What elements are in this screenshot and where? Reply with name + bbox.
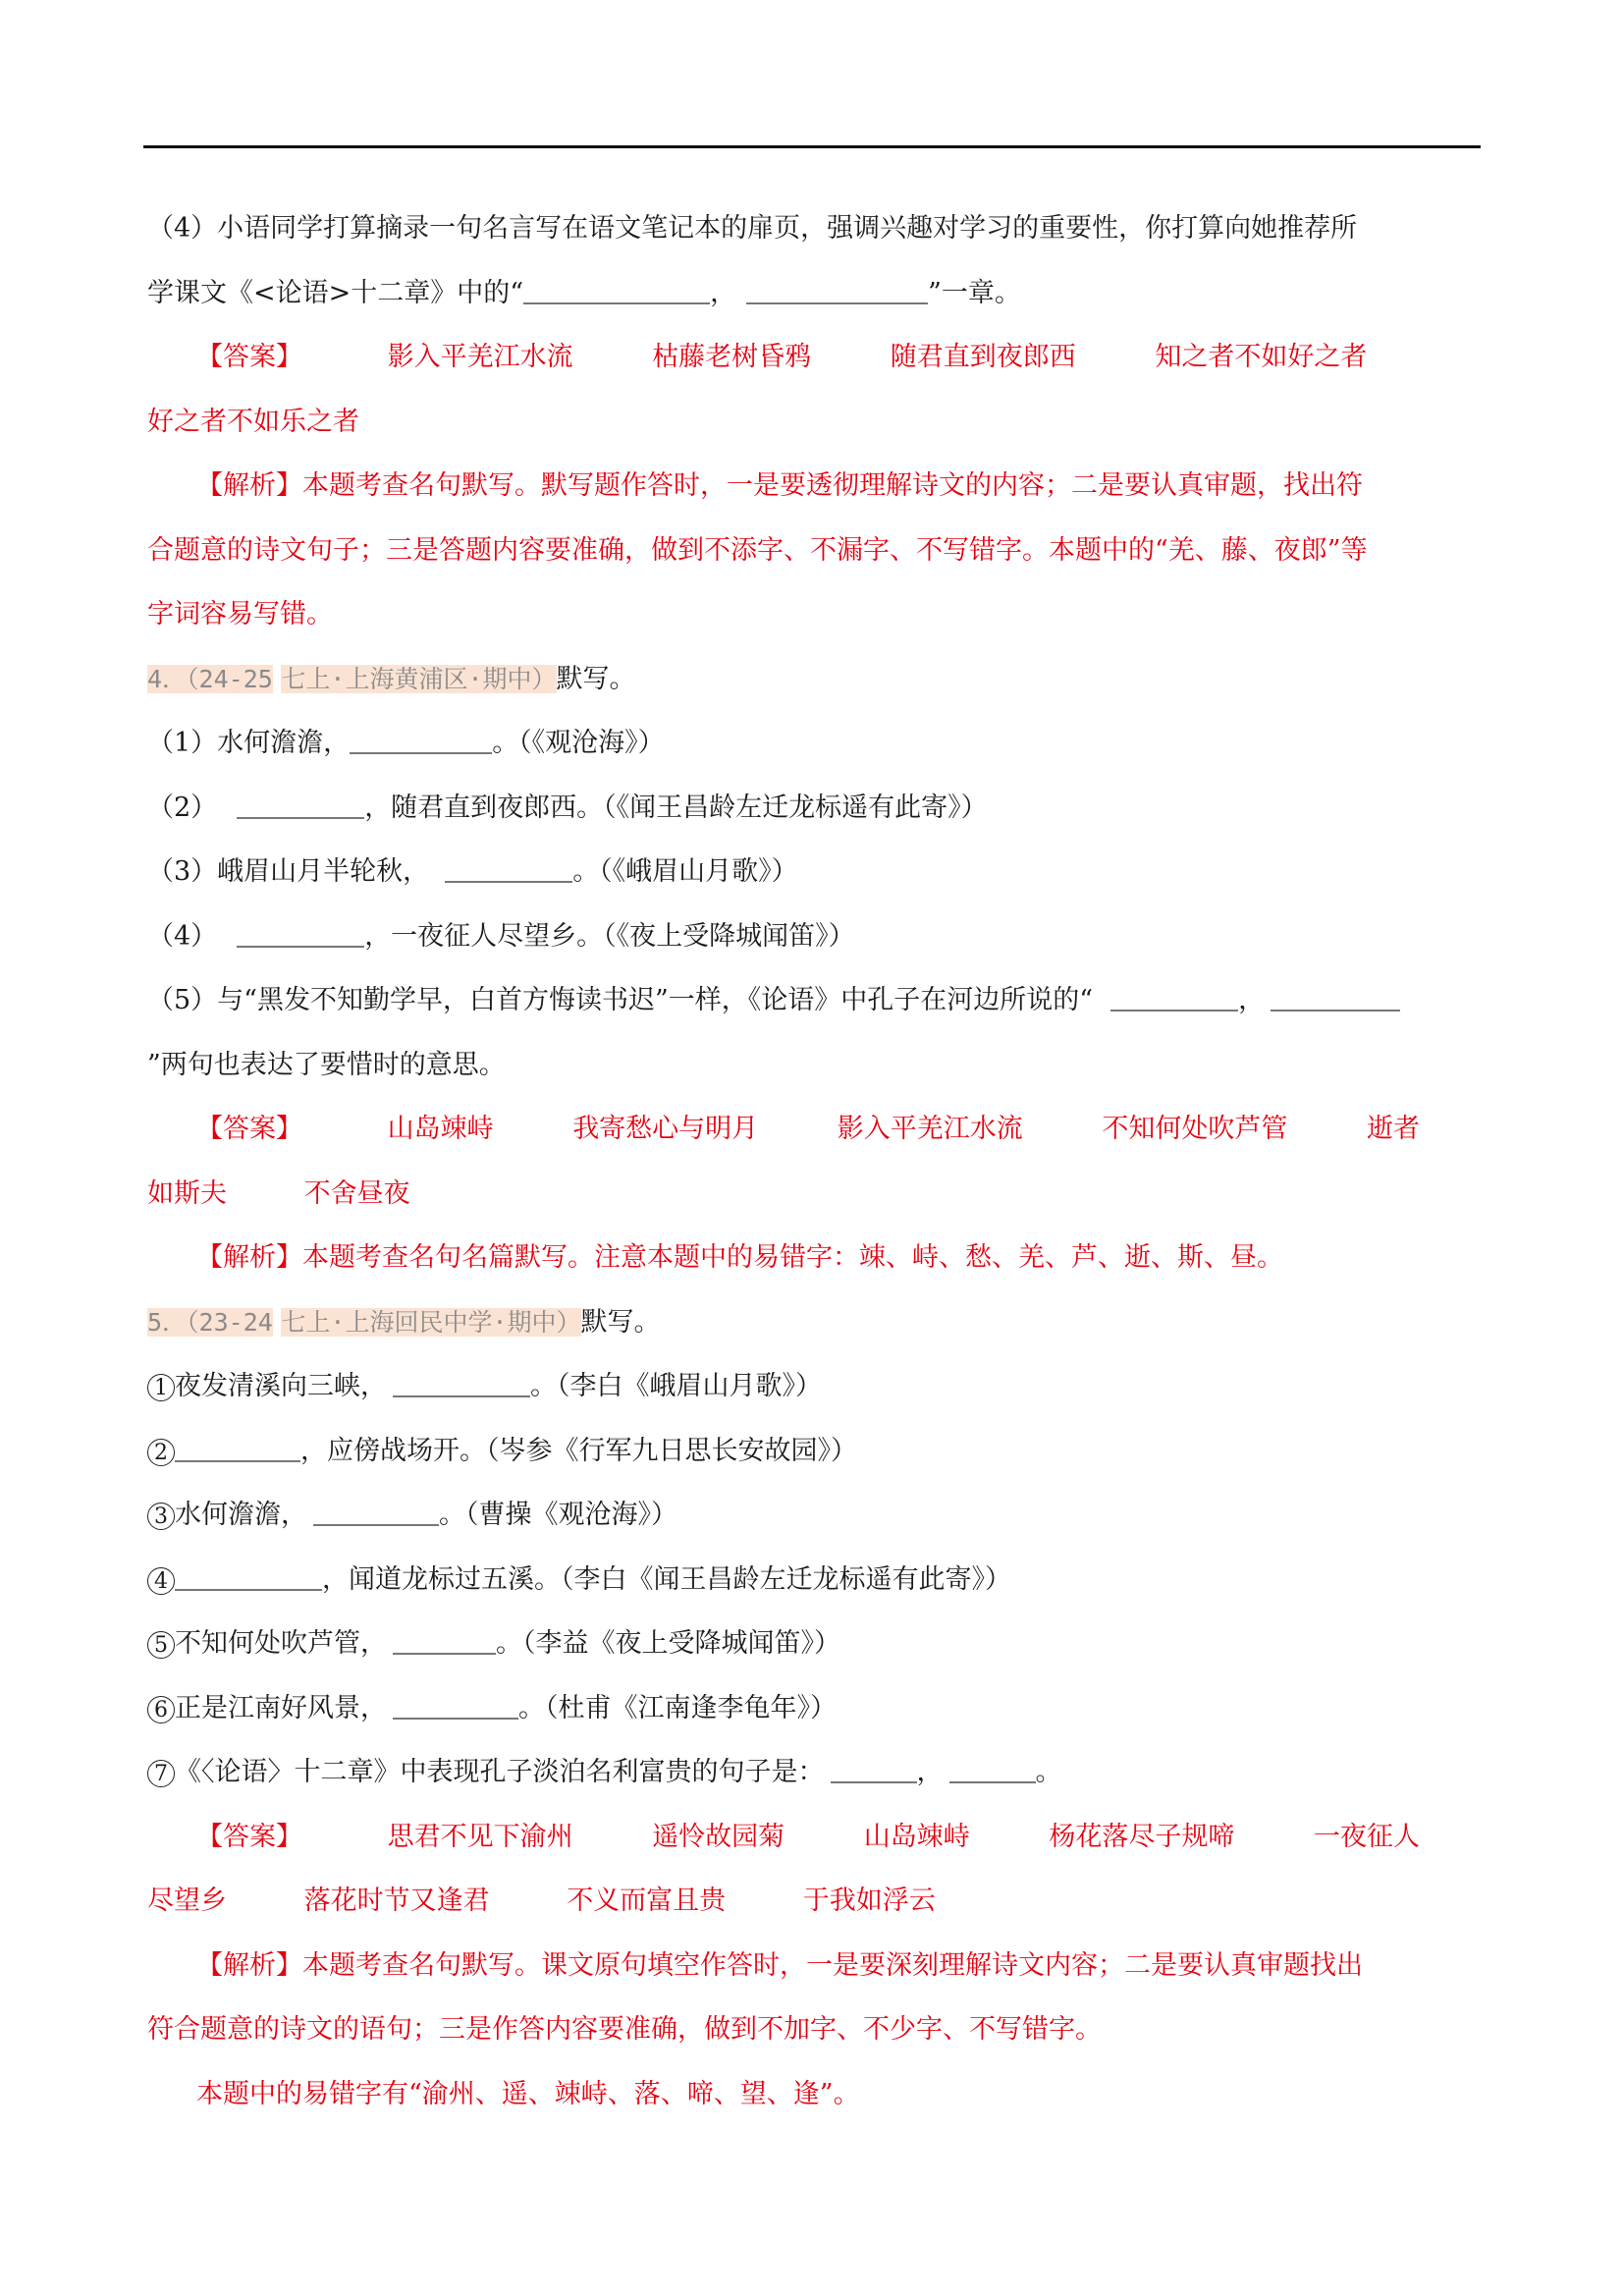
q4-answer-line2: 如斯夫 不舍昼夜 [147,1162,1485,1227]
q3-part4-line2-pre: 学课文《<论语>十二章》中的“ [147,278,523,308]
item-text: ，应傍战场开。（岑参《行军九日思长安故园》） [300,1436,857,1466]
document-page: （4）小语同学打算摘录一句名言写在语文笔记本的扉页，强调兴趣对学习的重要性，你打… [147,196,1485,2126]
item-text: 。（《峨眉山月歌》） [572,856,798,887]
q3-answer-line1: 【答案】 影入平羌江水流 枯藤老树昏鸦 随君直到夜郎西 知之者不如好之者 [147,325,1485,390]
answer-blank[interactable] [393,1370,530,1397]
answer-blank[interactable] [393,1692,518,1720]
q5-item-7: 7《〈论语〉十二章》中表现孔子淡泊名利富贵的句子是：，。 [147,1740,1485,1805]
answer-item: 杨花落尽子规啼 [1049,1822,1234,1852]
item-text: 。（曹操《观沧海》） [439,1500,677,1530]
q3-part4-line2: 学课文《<论语>十二章》中的“，”一章。 [147,261,1485,326]
q4-item-2: （2），随君直到夜郎西。（《闻王昌龄左迁龙标遥有此寄》） [147,776,1485,841]
q4-item-5-line1: （5）与“黑发不知勤学早，白首方悔读书迟”一样，《论语》中孔子在河边所说的“， [147,968,1485,1033]
q4-header: 4．（24-25 七上·上海黄浦区·期中）默写。 [147,647,1485,712]
item-text: 水何澹澹， [175,1500,307,1530]
circled-number: 1 [147,1374,175,1401]
q4-answer-line1: 【答案】 山岛竦峙 我寄愁心与明月 影入平羌江水流 不知何处吹芦管 逝者 [147,1097,1485,1162]
answer-item: 影入平羌江水流 [388,342,573,372]
item-text: 正是江南好风景， [175,1693,387,1723]
circled-number: 5 [147,1631,175,1659]
q4-item-3: （3）峨眉山月半轮秋，。（《峨眉山月歌》） [147,840,1485,904]
answer-blank[interactable] [831,1756,917,1783]
question-source: 七上·上海回民中学·期中） [281,1308,580,1337]
answer-blank[interactable] [1271,984,1400,1011]
item-text: 。 [1036,1757,1062,1787]
q4-item-4: （4），一夜征人尽望乡。（《夜上受降城闻笛》） [147,904,1485,969]
q3-answer-line2: 好之者不如乐之者 [147,390,1485,455]
item-text: （5）与“黑发不知勤学早，白首方悔读书迟”一样，《论语》中孔子在河边所说的“ [147,985,1093,1015]
q5-item-6: 6正是江南好风景，。（杜甫《江南逢李龟年》） [147,1676,1485,1741]
answer-item: 我寄愁心与明月 [572,1114,758,1144]
q5-item-2: 2，应傍战场开。（岑参《行军九日思长安故园》） [147,1419,1485,1484]
comma: ， [917,1757,944,1787]
answer-blank[interactable] [746,277,928,304]
answer-item: 尽望乡 [147,1886,227,1916]
item-text: （1）水何澹澹， [147,728,350,758]
answer-item: 好之者不如乐之者 [147,407,359,437]
circled-number: 6 [147,1696,175,1723]
answer-item: 如斯夫 [147,1178,227,1209]
answer-item: 不知何处吹芦管 [1102,1114,1287,1144]
q5-item-3: 3水何澹澹，。（曹操《观沧海》） [147,1483,1485,1548]
q5-item-4: 4，闻道龙标过五溪。（李白《闻王昌龄左迁龙标遥有此寄》） [147,1548,1485,1613]
q4-item-5-line2: ”两句也表达了要惜时的意思。 [147,1033,1485,1098]
question-source: 七上·上海黄浦区·期中） [281,665,556,693]
comma: ， [710,278,736,308]
answer-item: 于我如浮云 [803,1886,936,1916]
answer-item: 遥怜故园菊 [652,1822,784,1852]
circled-number: 2 [147,1439,175,1466]
q5-analysis-line1: 【解析】本题考查名句默写。课文原句填空作答时，一是要深刻理解诗文内容；二是要认真… [147,1934,1485,1998]
answer-blank[interactable] [1110,984,1238,1011]
answer-item: 一夜征人 [1314,1822,1420,1852]
answer-item: 思君不见下渝州 [388,1822,573,1852]
answer-item: 影入平羌江水流 [838,1114,1023,1144]
circled-number: 7 [147,1760,175,1787]
answer-label: 【答案】 [196,342,302,372]
answer-blank[interactable] [393,1627,496,1655]
header-rule [143,145,1481,148]
item-text: 。（《观沧海》） [492,728,665,758]
item-text: 。（李益《夜上受降城闻笛》） [496,1628,840,1659]
q3-analysis-line3: 字词容易写错。 [147,582,1485,647]
answer-blank[interactable] [237,920,364,948]
answer-label: 【答案】 [196,1114,302,1144]
q4-item-1: （1）水何澹澹，。（《观沧海》） [147,711,1485,776]
q5-item-1: 1夜发清溪向三峡，。（李白《峨眉山月歌》） [147,1354,1485,1419]
answer-blank[interactable] [445,855,572,883]
answer-blank[interactable] [313,1499,439,1526]
q5-item-5: 5不知何处吹芦管，。（李益《夜上受降城闻笛》） [147,1612,1485,1676]
question-number: 4．（24-25 [147,665,273,693]
comma: ， [1238,985,1265,1015]
answer-blank[interactable] [949,1756,1036,1783]
answer-blank[interactable] [175,1563,322,1591]
item-text: ，一夜征人尽望乡。（《夜上受降城闻笛》） [364,921,855,952]
q3-analysis-line2: 合题意的诗文句子；三是答题内容要准确，做到不添字、不漏字、不写错字。本题中的“羌… [147,519,1485,583]
item-text: 不知何处吹芦管， [175,1628,387,1659]
answer-label: 【答案】 [196,1822,302,1852]
answer-item: 不舍昼夜 [304,1178,410,1209]
q5-analysis-line2: 符合题意的诗文的语句；三是作答内容要准确，做到不加字、不少字、不写错字。 [147,1997,1485,2062]
q3-part4-line2-post: ”一章。 [928,278,1021,308]
item-text: ，随君直到夜郎西。（《闻王昌龄左迁龙标遥有此寄》） [364,793,988,823]
question-number: 5．（23-24 [147,1308,273,1337]
answer-item: 枯藤老树昏鸦 [652,342,811,372]
item-text: 《〈论语〉十二章》中表现孔子淡泊名利富贵的句子是： [175,1757,825,1787]
answer-blank[interactable] [175,1435,300,1462]
q3-analysis-line1: 【解析】本题考查名句默写。默写题作答时，一是要透彻理解诗文的内容；二是要认真审题… [147,454,1485,519]
answer-item: 不义而富且贵 [567,1886,726,1916]
q4-analysis: 【解析】本题考查名句名篇默写。注意本题中的易错字：竦、峙、愁、羌、芦、逝、斯、昼… [147,1226,1485,1290]
answer-item: 山岛竦峙 [864,1822,970,1852]
q5-analysis-line3: 本题中的易错字有“渝州、遥、竦峙、落、啼、望、逢”。 [147,2062,1485,2127]
answer-blank[interactable] [350,727,492,754]
answer-item: 山岛竦峙 [388,1114,494,1144]
answer-item: 随君直到夜郎西 [891,342,1076,372]
question-prompt: 默写。 [557,664,636,694]
q3-part4-line1: （4）小语同学打算摘录一句名言写在语文笔记本的扉页，强调兴趣对学习的重要性，你打… [147,196,1485,261]
item-text: 夜发清溪向三峡， [175,1371,387,1401]
answer-item: 落花时节又逢君 [304,1886,490,1916]
item-text: （4） [147,921,217,952]
circled-number: 4 [147,1567,175,1595]
q5-header: 5．（23-24 七上·上海回民中学·期中）默写。 [147,1290,1485,1355]
question-prompt: 默写。 [581,1307,661,1338]
q5-answer-line2: 尽望乡 落花时节又逢君 不义而富且贵 于我如浮云 [147,1869,1485,1934]
item-text: ，闻道龙标过五溪。（李白《闻王昌龄左迁龙标遥有此寄》） [322,1564,1011,1595]
answer-blank[interactable] [237,792,364,819]
item-text: 。（杜甫《江南逢李龟年》） [518,1693,837,1723]
q5-answer-line1: 【答案】 思君不见下渝州 遥怜故园菊 山岛竦峙 杨花落尽子规啼 一夜征人 [147,1805,1485,1870]
answer-item: 逝者 [1367,1114,1420,1144]
circled-number: 3 [147,1503,175,1530]
item-text: （2） [147,793,217,823]
item-text: （3）峨眉山月半轮秋， [147,856,429,887]
answer-item: 知之者不如好之者 [1155,342,1367,372]
answer-blank[interactable] [523,277,710,304]
item-text: 。（李白《峨眉山月歌》） [530,1371,822,1401]
